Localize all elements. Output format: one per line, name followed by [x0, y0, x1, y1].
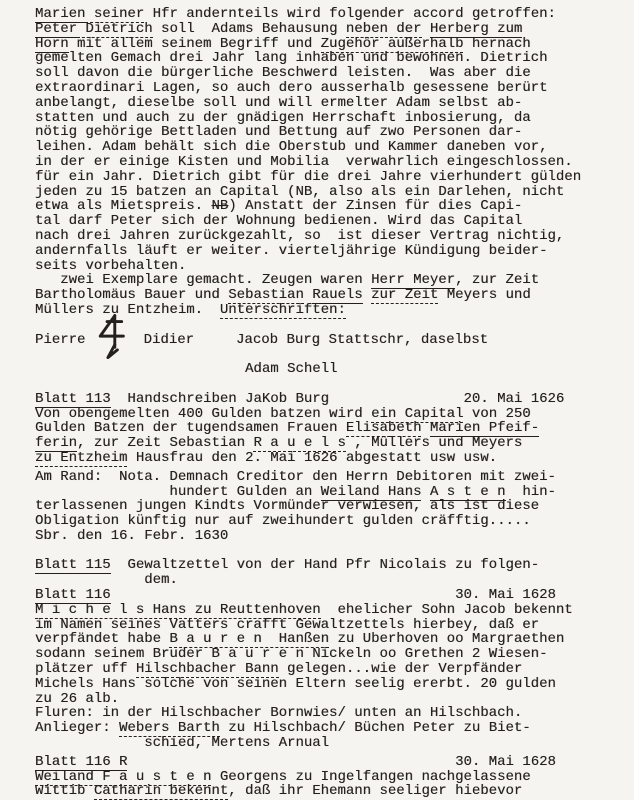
text-line: ferin, zur Zeit Sebastian R a u e l s , … [35, 436, 628, 451]
text-line: Michels Hans solche von seinen Eltern se… [35, 677, 628, 692]
text: anbelangt, dieselbe soll und will ermelt… [35, 95, 522, 111]
typewritten-document-page: Marien seiner Hfr andernteils wird folge… [0, 0, 634, 800]
text: Wittib [35, 783, 94, 799]
text-line: dem. [35, 573, 628, 588]
text: Handschreiben JaKob Burg 20. Mai 1626 [111, 391, 565, 407]
underlined-text: zur Zeit [371, 287, 438, 304]
text: extraordinari Lagen, so auch dero ausser… [35, 80, 547, 96]
text: terlassenen jungen Kindts Vormünder verw… [35, 498, 539, 514]
underlined-text: Catharin bekennt [94, 783, 228, 800]
text-line: sodann seinem Bruder B a u r e n Nickeln… [35, 647, 628, 662]
text: tal darf Peter sich der Wohnung bedienen… [35, 213, 522, 229]
text: 30. Mai 1628 [111, 587, 556, 603]
text-line: Blatt 116 R 30. Mai 1628 [35, 755, 628, 770]
text: Hfr andernteils wird folgender accord ge… [144, 6, 556, 22]
text-line: gemelten Gemach drei Jahr lang inhaben u… [35, 51, 628, 66]
text-line: andernfalls läuft er weiter. vierteljähr… [35, 244, 628, 259]
text: plätzer uff [35, 661, 136, 677]
text [422, 21, 430, 37]
text: ) Anstatt der Zinsen für dies Capi- [228, 198, 522, 214]
text-line: zu Entzheim Hausfrau den 2. Mai 1626 abg… [35, 451, 628, 466]
text-line: zwei Exemplare gemacht. Zeugen waren Her… [35, 273, 628, 288]
text: leihen. Adam behält sich die Oberstub un… [35, 139, 547, 155]
text-line: soll davon die bürgerliche Beschwerd lei… [35, 66, 628, 81]
text: Didier Jacob Burg Stattschr, daselbst [127, 332, 488, 348]
text: dem. [35, 572, 178, 588]
text: , zur Zeit Sebastian [77, 435, 253, 451]
text-line: M i c h e l s Hans zu Reuttenhoven eheli… [35, 603, 628, 618]
text-line: Bartholomäus Bauer und Sebastian Rauels … [35, 288, 628, 303]
text: gemelten Gemach drei Jahr lang inhaben u… [35, 50, 547, 66]
text-line: Adam Schell [35, 362, 628, 377]
text-line: Blatt 116 30. Mai 1628 [35, 588, 628, 603]
text-line: tal darf Peter sich der Wohnung bedienen… [35, 214, 628, 229]
text: Adam Schell [35, 361, 337, 377]
text-line: Sbr. den 16. Febr. 1630 [35, 529, 628, 544]
text: , Müllers und Meyers [346, 435, 522, 451]
text-line: terlassenen jungen Kindts Vormünder verw… [35, 499, 628, 514]
text: ehelicher Sohn Jacob bekennt [321, 602, 573, 618]
text-line: Am Rand: Nota. Demnach Creditor den Herr… [35, 470, 628, 485]
text-line: extraordinari Lagen, so auch dero ausser… [35, 81, 628, 96]
text-line [35, 377, 628, 392]
text: in der er einige Kisten und Mobilia verw… [35, 154, 573, 170]
text: zwei Exemplare gemacht. Zeugen waren [35, 272, 371, 288]
text: Müllers zu Entzheim. [35, 302, 220, 318]
text: soll Adams Behausung [153, 21, 346, 37]
text-line: Anlieger: Webers Barth zu Hilschbach/ Bü… [35, 721, 628, 736]
text [421, 420, 429, 436]
text-line: Blatt 113 Handschreiben JaKob Burg 20. M… [35, 392, 628, 407]
text: Hausfrau den 2. Mai 1626 abgestatt usw u… [127, 450, 497, 466]
text [363, 287, 371, 303]
text: für ein Jahr. Dietrich gibt für die drei… [35, 169, 581, 185]
text: , daß ihr Ehemann seeliger hiebevor [228, 783, 522, 799]
text-line: Wittib Catharin bekennt, daß ihr Ehemann… [35, 784, 628, 799]
text: Sbr. den 16. Febr. 1630 [35, 528, 228, 544]
text: schied, Mertens Arnual [35, 735, 329, 751]
text [304, 287, 312, 303]
text-line: plätzer uff Hilschbacher Bann gelegen...… [35, 662, 628, 677]
text: sodann seinem Bruder B a u r e n Nickeln… [35, 646, 547, 662]
text-line: Gulden Batzen der tugendsamen Frauen Eli… [35, 421, 628, 436]
text-line: in der er einige Kisten und Mobilia verw… [35, 155, 628, 170]
text-line: für ein Jahr. Dietrich gibt für die drei… [35, 170, 628, 185]
text-line: Peter Dietrich soll Adams Behausung nebe… [35, 22, 628, 37]
text: Meyers und [438, 287, 530, 303]
text: Am Rand: Nota. Demnach Creditor den Herr… [35, 469, 556, 485]
text: zu Hilschbach/ Büchen Peter zu Biet- [220, 720, 531, 736]
text: andernfalls läuft er weiter. vierteljähr… [35, 243, 547, 259]
text: Michels Hans solche von seinen Eltern se… [35, 676, 556, 692]
text: Anlieger: [35, 720, 119, 736]
text-line: anbelangt, dieselbe soll und will ermelt… [35, 96, 628, 111]
text: gelegen...wie der Verpfänder [279, 661, 523, 677]
text: , zur Zeit [455, 272, 539, 288]
underlined-text: NB [211, 198, 228, 214]
pierre-didier-house-mark-icon [94, 313, 127, 361]
text: nötig gehörige Bettladen und Bettung auf… [35, 124, 522, 140]
text-line: leihen. Adam behält sich die Oberstub un… [35, 140, 628, 155]
text-line: nötig gehörige Bettladen und Bettung auf… [35, 125, 628, 140]
text: Gulden Batzen der tugendsamen Frauen [35, 420, 346, 436]
text: etwa als Mietspreis. [35, 198, 211, 214]
underlined-text: zu Entzheim [35, 450, 127, 467]
text-line: Obligation künftig nur auf zweihundert g… [35, 514, 628, 529]
signature-line: Pierre Didier Jacob Burg Stattschr, dase… [35, 333, 628, 348]
text: Obligation künftig nur auf zweihundert g… [35, 513, 531, 529]
text: Bartholomäus Bauer und [35, 287, 228, 303]
text-line: Marien seiner Hfr andernteils wird folge… [35, 7, 628, 22]
text-line: nach drei Jahren zurückgezahlt, so ist d… [35, 229, 628, 244]
text-line: schied, Mertens Arnual [35, 736, 628, 751]
text-line: etwa als Mietspreis. NB) Anstatt der Zin… [35, 199, 628, 214]
text: Pierre [35, 332, 94, 348]
text: 30. Mai 1628 [127, 754, 555, 770]
text: nach drei Jahren zurückgezahlt, so ist d… [35, 228, 564, 244]
text: soll davon die bürgerliche Beschwerd lei… [35, 65, 531, 81]
underlined-text: Unterschriften: [220, 302, 346, 319]
